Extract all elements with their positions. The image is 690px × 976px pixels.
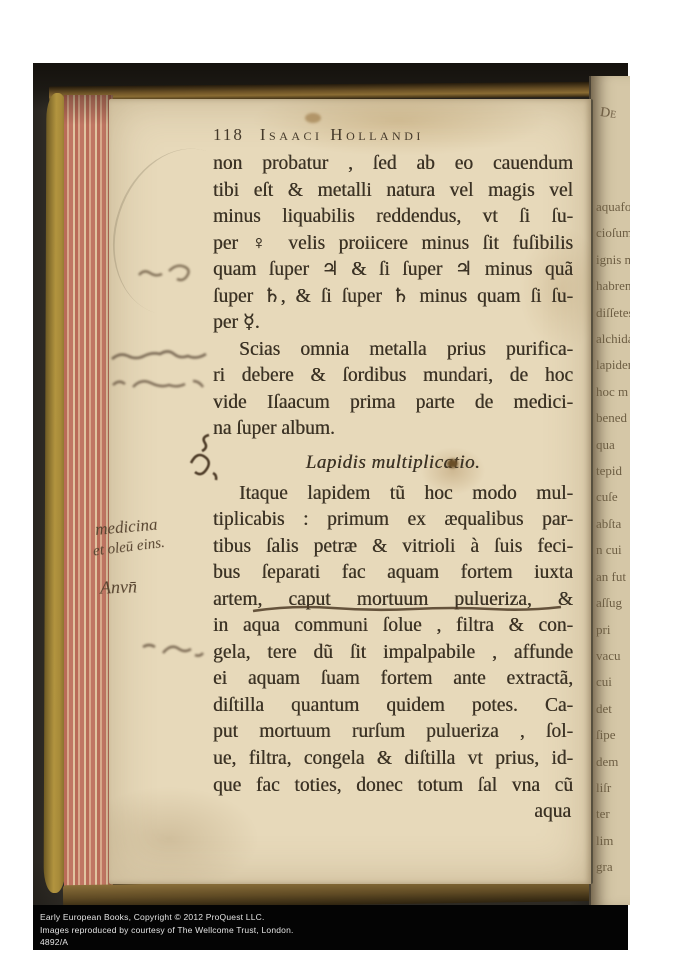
text-line: quam ſuper ♃ & ſi ſuper ♃ minus quã [213, 257, 573, 284]
facing-text-fragment: lapiden [596, 352, 630, 378]
facing-page-sliver: De aquaforcioſum aignis mihabremdiſſetes… [589, 76, 630, 905]
text-line: non probatur , ſed ab eo cauendum [213, 151, 573, 178]
facing-text-fragment: det [596, 696, 630, 722]
proquest-caption: Early European Books, Copyright © 2012 P… [33, 905, 628, 950]
text-line: per ♀ velis proiicere minus ſit fuſibili… [213, 231, 573, 258]
facing-text-fragment: abſta [596, 511, 630, 537]
facing-text-fragment: lim [596, 828, 630, 854]
text-line: in aqua communi ſolue , filtra & con- [213, 613, 573, 640]
hand-underline [251, 603, 563, 617]
text-line: ri debere & ſordibus mundari, de hoc [213, 363, 573, 390]
text-line: tibus ſalis petræ & vitrioli à ſuis feci… [213, 534, 573, 561]
facing-text-fragment: alchida [596, 326, 630, 352]
running-title: Isaaci Hollandi [260, 125, 424, 145]
ink-smudge [109, 345, 213, 369]
text-line: ei aquam ſuam fortem ante extractã, [213, 666, 573, 693]
facing-text-fragment: vacu [596, 643, 630, 669]
facing-text-fragment: dem [596, 749, 630, 775]
text-line: tiplicabis : primum ex æqualibus par- [213, 507, 573, 534]
facing-text-fragment: ter [596, 801, 630, 827]
ink-smudge [135, 259, 211, 287]
text-line: Scias omnia metalla prius purifica- [213, 337, 573, 364]
text-line: ue, filtra, congela & diſtilla vt prius,… [213, 746, 573, 773]
facing-text-fragment: ignis mi [596, 247, 630, 273]
book-leaf-edges [64, 95, 113, 897]
facing-text-fragment: cuſe [596, 484, 630, 510]
facing-text-fragment: cioſum a [596, 220, 630, 246]
facing-page-text-fragments: aquaforcioſum aignis mihabremdiſſetesalc… [596, 194, 630, 881]
text-line: minus liquabilis reddendus, vt ſi ſu- [213, 204, 573, 231]
marginal-note-medicina: medicina et oleū eins. [94, 514, 165, 560]
facing-text-fragment: liſr [596, 775, 630, 801]
foxing-spot [305, 113, 321, 123]
facing-text-fragment: bened [596, 405, 630, 431]
facing-text-fragment: habrem [596, 273, 630, 299]
paragraph-1: non probatur , ſed ab eo cauendumtibi eſ… [213, 151, 573, 337]
caption-line-3: 4892/A [40, 936, 628, 949]
ink-smudge [139, 635, 209, 665]
book-page: 118 Isaaci Hollandi non probatur , ſed a… [109, 99, 593, 884]
text-line: diſtilla quantum quidem potes. Ca- [213, 693, 573, 720]
facing-text-fragment: ſipe [596, 722, 630, 748]
facing-text-fragment: an fut [596, 564, 630, 590]
facing-text-fragment: hoc m [596, 379, 630, 405]
paragraph-2: Scias omnia metalla prius purifica-ri de… [213, 337, 573, 443]
marginal-note-anvn: Anvn̄ [100, 576, 138, 598]
text-line: ſuper ♄, & ſi ſuper ♄ minus quam ſi ſu- [213, 284, 573, 311]
facing-text-fragment: aſſug [596, 590, 630, 616]
text-line: na ſuper album. [213, 416, 573, 443]
text-line: bus ſeparati fac aquam fortem iuxta [213, 560, 573, 587]
book-photograph: De aquaforcioſum aignis mihabremdiſſetes… [33, 63, 628, 950]
paragraph-3: Itaque lapidem tũ hoc modo mul-tiplicabi… [213, 481, 573, 800]
catchword: aqua [213, 799, 573, 826]
facing-text-fragment: pri [596, 617, 630, 643]
text-line: per ☿. [213, 310, 573, 337]
text-line: gela, tere dũ ſit impalpabile , affunde [213, 640, 573, 667]
facing-text-fragment: diſſetes [596, 300, 630, 326]
facing-text-fragment: n cui [596, 537, 630, 563]
caption-line-1: Early European Books, Copyright © 2012 P… [40, 911, 628, 924]
scanned-book-viewer: De aquaforcioſum aignis mihabremdiſſetes… [0, 0, 690, 976]
page-header: 118 Isaaci Hollandi [213, 125, 424, 145]
ink-smudge [109, 371, 213, 397]
text-line: put mortuum rurſum pulueriza , ſol- [213, 719, 573, 746]
facing-text-fragment: cui [596, 669, 630, 695]
facing-page-header-fragment: De [599, 105, 617, 123]
section-heading: Lapidis multiplicatio. [213, 450, 573, 477]
facing-text-fragment: gra [596, 854, 630, 880]
text-line: vide Iſaacum prima parte de medici- [213, 390, 573, 417]
foxing-spot [447, 459, 458, 468]
marginal-symbol [183, 429, 223, 485]
text-line: que fac toties, donec totum ſal vna cũ [213, 773, 573, 800]
caption-line-2: Images reproduced by courtesy of The Wel… [40, 924, 628, 937]
facing-text-fragment: tepid [596, 458, 630, 484]
text-line: Itaque lapidem tũ hoc modo mul- [213, 481, 573, 508]
text-block: non probatur , ſed ab eo cauendumtibi eſ… [213, 151, 573, 826]
text-line: tibi eſt & metalli natura vel magis vel [213, 178, 573, 205]
facing-text-fragment: aquafor [596, 194, 630, 220]
facing-text-fragment: qua [596, 432, 630, 458]
page-number: 118 [213, 125, 244, 145]
